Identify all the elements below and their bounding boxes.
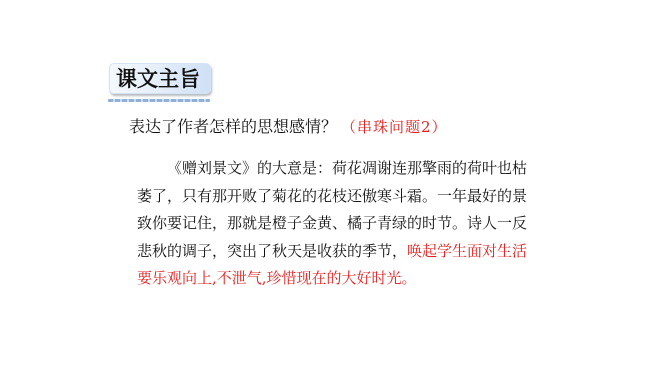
section-heading-title: 课文主旨 (116, 66, 200, 92)
paragraph-highlight-2: 要乐观向上,不泄气,珍惜现在的大好时光。 (137, 265, 449, 293)
slide: 课文主旨 表达了作者怎样的思想感情？（串珠问题2） 《赠刘景文》的大意是：荷花凋… (0, 0, 668, 376)
paragraph-line-4: 悲秋的调子，突出了秋天是收获的季节，唤起学生面对生活 (137, 238, 449, 266)
question-tag: （串珠问题2） (341, 118, 448, 136)
paragraph-line-2: 萎了，只有那开败了菊花的花枝还傲寒斗霜。一年最好的景 (137, 183, 449, 211)
paragraph-highlight-1: 唤起学生面对生活 (407, 242, 527, 260)
question-line: 表达了作者怎样的思想感情？（串珠问题2） (129, 116, 448, 138)
question-text: 表达了作者怎样的思想感情？ (129, 117, 337, 136)
summary-paragraph: 《赠刘景文》的大意是：荷花凋谢连那擎雨的荷叶也枯 萎了，只有那开败了菊花的花枝还… (137, 155, 449, 293)
heading-underline-divider (108, 99, 210, 102)
section-heading-box: 课文主旨 (109, 63, 211, 94)
paragraph-line-4-text: 悲秋的调子，突出了秋天是收获的季节， (137, 242, 407, 260)
paragraph-line-1: 《赠刘景文》的大意是：荷花凋谢连那擎雨的荷叶也枯 (137, 155, 449, 183)
paragraph-line-3: 致你要记住，那就是橙子金黄、橘子青绿的时节。诗人一反 (137, 210, 449, 238)
